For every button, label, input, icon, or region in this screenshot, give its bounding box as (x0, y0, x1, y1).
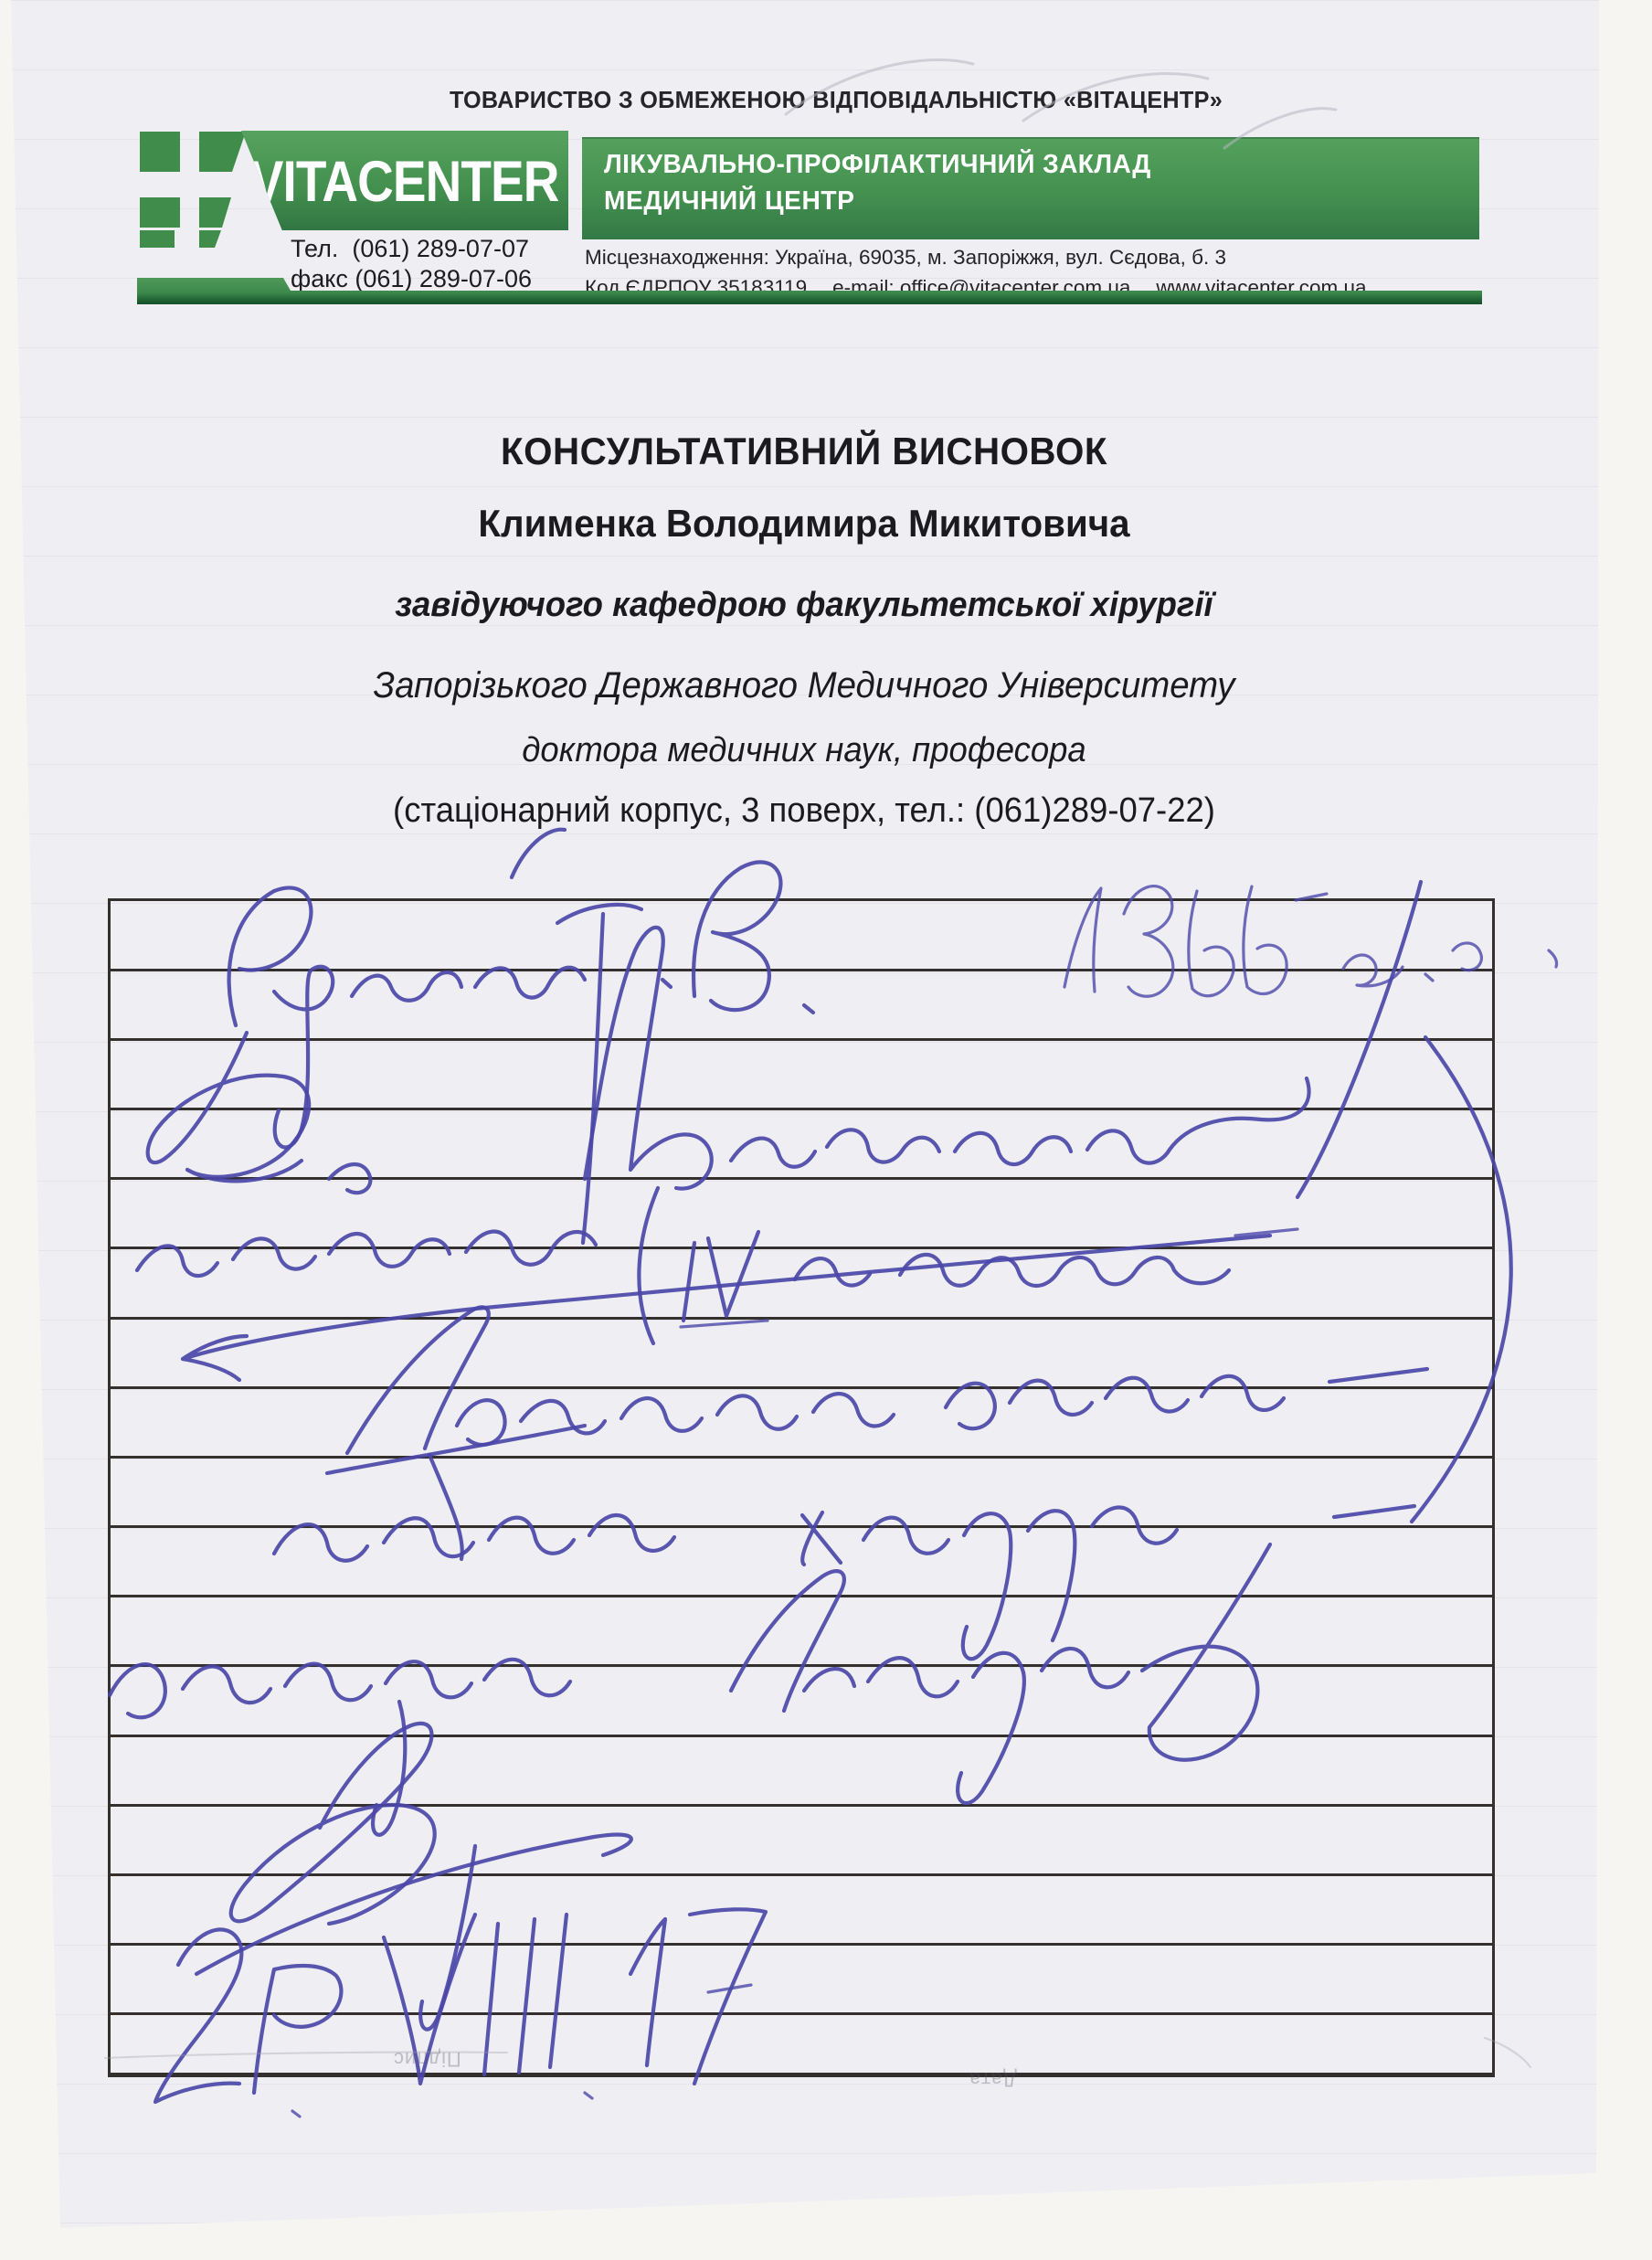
rule-line (111, 969, 1492, 971)
fax-line: факс (061) 289-07-06 (291, 265, 532, 292)
rule-line (111, 1664, 1492, 1667)
rule-line (111, 1873, 1492, 1876)
rule-line (111, 1595, 1492, 1597)
vitacenter-cross-icon (137, 128, 256, 251)
doctor-role-2: Запорізького Державного Медичного Універ… (137, 665, 1470, 706)
rule-line (111, 1525, 1492, 1528)
doctor-name: Клименка Володимира Микитовича (137, 502, 1470, 546)
address-line: Місцезнаходження: Україна, 69035, м. Зап… (585, 246, 1367, 270)
rule-line (111, 1386, 1492, 1389)
facility-banner: ЛІКУВАЛЬНО-ПРОФІЛАКТИЧНИЙ ЗАКЛАД МЕДИЧНИ… (582, 137, 1479, 239)
bleed-date-label: Дата (969, 2067, 1017, 2091)
document-page: ТОВАРИСТВО З ОБМЕЖЕНОЮ ВІДПОВІДАЛЬНІСТЮ … (0, 0, 1652, 2260)
rule-line (111, 1038, 1492, 1041)
rule-line (111, 1177, 1492, 1180)
phone-line: Тел. (061) 289-07-07 (291, 235, 529, 262)
rule-line (111, 1317, 1492, 1320)
location-note: (стаціонарний корпус, 3 поверх, тел.: (0… (137, 791, 1470, 831)
brand-name: VITACENTER (250, 147, 559, 214)
scanned-letterhead-page: ТОВАРИСТВО З ОБМЕЖЕНОЮ ВІДПОВІДАЛЬНІСТЮ … (0, 0, 1652, 2260)
rule-line (111, 1943, 1492, 1946)
rule-line (111, 1735, 1492, 1737)
rule-line (111, 1247, 1492, 1249)
doctor-role-3: доктора медичних наук, професора (137, 731, 1470, 770)
facility-name-line: МЕДИЧНИЙ ЦЕНТР (604, 186, 1453, 217)
rule-line (111, 1804, 1492, 1807)
rule-line (111, 1456, 1492, 1459)
contact-phones: Тел. (061) 289-07-07 факс (061) 289-07-0… (291, 234, 532, 294)
document-title: КОНСУЛЬТАТИВНИЙ ВИСНОВОК (137, 430, 1470, 473)
rule-line (111, 2012, 1492, 2015)
doctor-role-1: завідуючого кафедрою факультетської хіру… (137, 586, 1470, 625)
bleed-signature-label: Підпис (393, 2047, 461, 2071)
org-full-name: ТОВАРИСТВО З ОБМЕЖЕНОЮ ВІДПОВІДАЛЬНІСТЮ … (291, 86, 1381, 114)
brand-banner: VITACENTER (241, 131, 568, 230)
rule-line (111, 1108, 1492, 1110)
facility-type-line: ЛІКУВАЛЬНО-ПРОФІЛАКТИЧНИЙ ЗАКЛАД (604, 150, 1453, 180)
ruled-writing-area (108, 898, 1495, 2077)
